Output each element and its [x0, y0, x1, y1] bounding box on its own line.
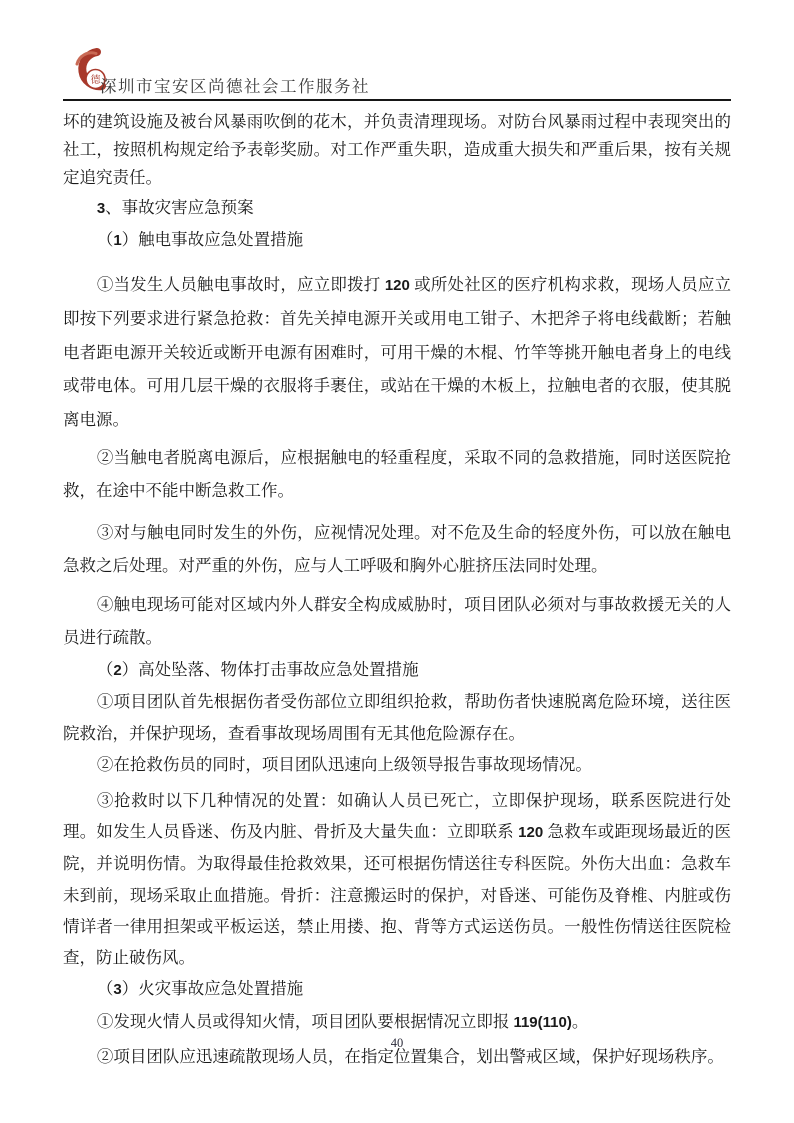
paragraph: ④触电现场可能对区域内外人群安全构成威胁时，项目团队必须对与事故救援无关的人员进…	[63, 588, 731, 655]
document-page: 德 深圳市宝安区尚德社会工作服务社 坏的建筑设施及被台风暴雨吹倒的花木，并负责清…	[0, 0, 794, 1123]
section-heading: （2）高处坠落、物体打击事故应急处置措施	[63, 654, 731, 686]
page-header: 德 深圳市宝安区尚德社会工作服务社	[63, 0, 731, 102]
org-name: 深圳市宝安区尚德社会工作服务社	[100, 73, 370, 97]
page-footer: 40	[0, 1036, 794, 1051]
header-rule	[63, 99, 731, 101]
page-number: 40	[391, 1036, 404, 1050]
paragraph: 坏的建筑设施及被台风暴雨吹倒的花木，并负责清理现场。对防台风暴雨过程中表现突出的…	[63, 108, 731, 192]
paragraph: ②在抢救伤员的同时，项目团队迅速向上级领导报告事故现场情况。	[63, 749, 731, 780]
section-heading: （3）火灾事故应急处置措施	[63, 973, 731, 1005]
paragraph: ①项目团队首先根据伤者受伤部位立即组织抢救，帮助伤者快速脱离危险环境，送往医院救…	[63, 686, 731, 748]
section-heading: （1）触电事故应急处置措施	[63, 224, 731, 256]
section-heading: 3、事故灾害应急预案	[63, 192, 731, 224]
paragraph: ③抢救时以下几种情况的处置：如确认人员已死亡，立即保护现场，联系医院进行处理。如…	[63, 785, 731, 973]
paragraph: ③对与触电同时发生的外伤，应视情况处理。对不危及生命的轻度外伤，可以放在触电急救…	[63, 516, 731, 583]
paragraph: ①发现火情人员或得知火情，项目团队要根据情况立即报 119(110)。	[63, 1005, 731, 1039]
paragraph: ②当触电者脱离电源后，应根据触电的轻重程度，采取不同的急救措施，同时送医院抢救，…	[63, 441, 731, 508]
document-body: 坏的建筑设施及被台风暴雨吹倒的花木，并负责清理现场。对防台风暴雨过程中表现突出的…	[63, 108, 731, 1073]
paragraph: ①当发生人员触电事故时，应立即拨打 120 或所处社区的医疗机构求救，现场人员应…	[63, 268, 731, 436]
